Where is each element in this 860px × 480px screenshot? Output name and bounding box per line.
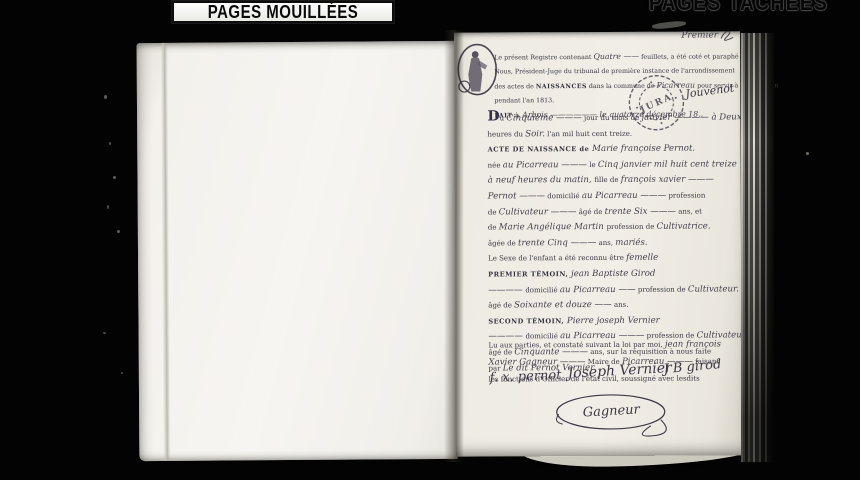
text-line: ACTE DE NAISSANCE de Marie françoise Per… xyxy=(488,140,738,157)
text-segment: ans. xyxy=(612,301,629,309)
text-line: de Cultivateur ——— âgé de trente Six ———… xyxy=(488,202,738,219)
text-line: Le Sexe de l'enfant a été reconnu être f… xyxy=(488,249,738,266)
film-speck xyxy=(113,176,116,179)
film-speck xyxy=(121,372,123,374)
text-segment: heures du xyxy=(488,130,526,138)
text-line: âgé de Soixante et douze —— ans. xyxy=(488,296,738,313)
mayor-signature-flourish: Gagneur xyxy=(549,388,685,443)
film-speck xyxy=(109,142,111,145)
film-speck xyxy=(103,332,106,334)
text-segment: au Picarreau ——— xyxy=(503,160,587,170)
text-line: à neuf heures du matin, fille de françoi… xyxy=(488,171,738,188)
text-segment: profession de xyxy=(607,223,657,231)
text-segment: des actes de xyxy=(494,83,536,90)
film-speck xyxy=(806,152,809,155)
text-segment: femelle xyxy=(626,253,658,263)
text-line: heures du Soir. l'an mil huit cent treiz… xyxy=(487,124,737,141)
text-segment: Marie françoise Pernot. xyxy=(592,144,695,154)
text-line: PREMIER TÉMOIN, jean Baptiste Girod xyxy=(488,264,738,281)
film-speck xyxy=(117,230,120,233)
book-page-edges xyxy=(741,33,774,462)
text-segment: Le Sexe de l'enfant a été reconnu être xyxy=(488,254,626,263)
text-segment: Pierre joseph Vernier xyxy=(567,315,660,325)
text-line: Lu aux parties, et constaté suivant la l… xyxy=(488,334,738,352)
text-segment: jean Baptiste Girod xyxy=(571,269,655,279)
text-segment: D xyxy=(487,108,499,124)
microfilm-scan: PAGES MOUILLÉES PAGES TACHÉES Premier Le… xyxy=(0,0,860,480)
text-segment: ACTE DE NAISSANCE de xyxy=(488,145,593,153)
text-segment: janvier ———— à Deux xyxy=(641,112,741,122)
text-segment: Lu aux parties, et constaté suivant la l… xyxy=(488,341,664,350)
text-line: née au Picarreau ——— le Cinq janvier mil… xyxy=(488,155,738,172)
text-segment: domicilié xyxy=(545,192,582,200)
text-segment: SECOND TÉMOIN, xyxy=(488,317,567,325)
text-segment: fille de xyxy=(594,176,620,184)
text-segment: Soir. xyxy=(525,129,545,139)
text-segment: Cultivatrice. xyxy=(657,222,711,232)
text-segment: Quatre —— xyxy=(593,52,639,61)
text-segment: profession xyxy=(666,191,705,199)
left-blank-page xyxy=(137,41,458,461)
text-line: Du Cinquième ——— jour du mois de janvier… xyxy=(487,108,737,125)
text-line: SECOND TÉMOIN, Pierre joseph Vernier xyxy=(488,311,738,328)
page-corner-glint xyxy=(652,20,686,30)
text-segment: Pernot ——— xyxy=(488,191,545,201)
folio-number: Premier xyxy=(681,29,734,41)
text-line: ———— domicilié au Picarreau —— professio… xyxy=(488,280,738,297)
text-segment: feuillets, a été coté et paraphé par xyxy=(639,53,751,60)
text-line: Pernot ——— domicilié au Picarreau ——— pr… xyxy=(488,186,738,203)
text-segment: jean françois xyxy=(665,339,721,349)
text-segment: trente Cinq ——— xyxy=(518,238,596,248)
wet-pages-banner-label: PAGES MOUILLÉES xyxy=(208,2,359,22)
text-line: âgée de trente Cinq ——— ans, mariés. xyxy=(488,233,738,250)
text-segment: de xyxy=(488,224,499,232)
text-segment: née xyxy=(488,161,503,169)
text-segment: profession de xyxy=(636,285,688,293)
text-segment: de xyxy=(488,208,499,216)
father-signature: f. x. pernot xyxy=(489,368,561,386)
text-segment: ans, et xyxy=(676,207,702,215)
text-segment: mariés. xyxy=(615,238,647,248)
paraph-flourish-icon xyxy=(720,29,734,41)
text-segment: le xyxy=(587,161,598,169)
text-segment: Nous, Président-Juge du tribunal de prem… xyxy=(494,68,735,76)
text-segment: Le présent Registre contenant xyxy=(494,54,593,61)
text-line: de Marie Angélique Martin profession de … xyxy=(488,218,738,235)
revenue-stamp-vignette-icon xyxy=(456,42,498,100)
text-segment: Soixante et douze —— xyxy=(514,300,612,310)
text-segment: NAISSANCES xyxy=(536,83,587,90)
text-segment: âgé de xyxy=(576,208,604,216)
text-segment: jour du mois de xyxy=(582,114,642,122)
text-segment: trente Six ——— xyxy=(605,206,676,216)
text-segment: âgé de xyxy=(488,301,514,309)
folio-number-label: Premier xyxy=(681,30,718,40)
film-speck xyxy=(107,205,109,209)
text-segment: Cinquième ——— xyxy=(506,113,582,123)
text-segment: l'an mil huit cent treize. xyxy=(545,129,632,137)
text-segment: PREMIER TÉMOIN, xyxy=(488,270,571,278)
wet-pages-banner: PAGES MOUILLÉES xyxy=(172,1,394,23)
text-segment: domicilié xyxy=(525,286,560,294)
text-segment: Cultivateur. xyxy=(688,284,739,294)
text-segment: au Picarreau ——— xyxy=(582,191,666,201)
text-segment: pendant l'an 1813. xyxy=(494,97,554,104)
text-segment: au Picarreau —— xyxy=(560,284,636,294)
text-segment: Marie Angélique Martin xyxy=(499,222,607,232)
text-segment: Cultivateur ——— xyxy=(499,207,577,217)
text-segment: ———— xyxy=(488,285,525,295)
text-line: Le présent Registre contenant Quatre —— … xyxy=(494,48,736,63)
stained-pages-banner: PAGES TACHÉES xyxy=(649,0,828,19)
right-register-page: Premier Le présent Registre contenant Qu… xyxy=(454,31,742,456)
text-segment: Cinq janvier mil huit cent treize xyxy=(598,159,737,170)
text-line: Nous, Président-Juge du tribunal de prem… xyxy=(494,63,736,78)
stained-pages-banner-label: PAGES TACHÉES xyxy=(649,0,828,17)
text-segment: âgée de xyxy=(488,239,518,247)
film-speck xyxy=(104,95,107,99)
text-segment: ans, xyxy=(596,239,615,247)
text-segment: à neuf heures du matin, xyxy=(488,175,595,185)
text-segment: françois xavier ——— xyxy=(621,175,714,185)
